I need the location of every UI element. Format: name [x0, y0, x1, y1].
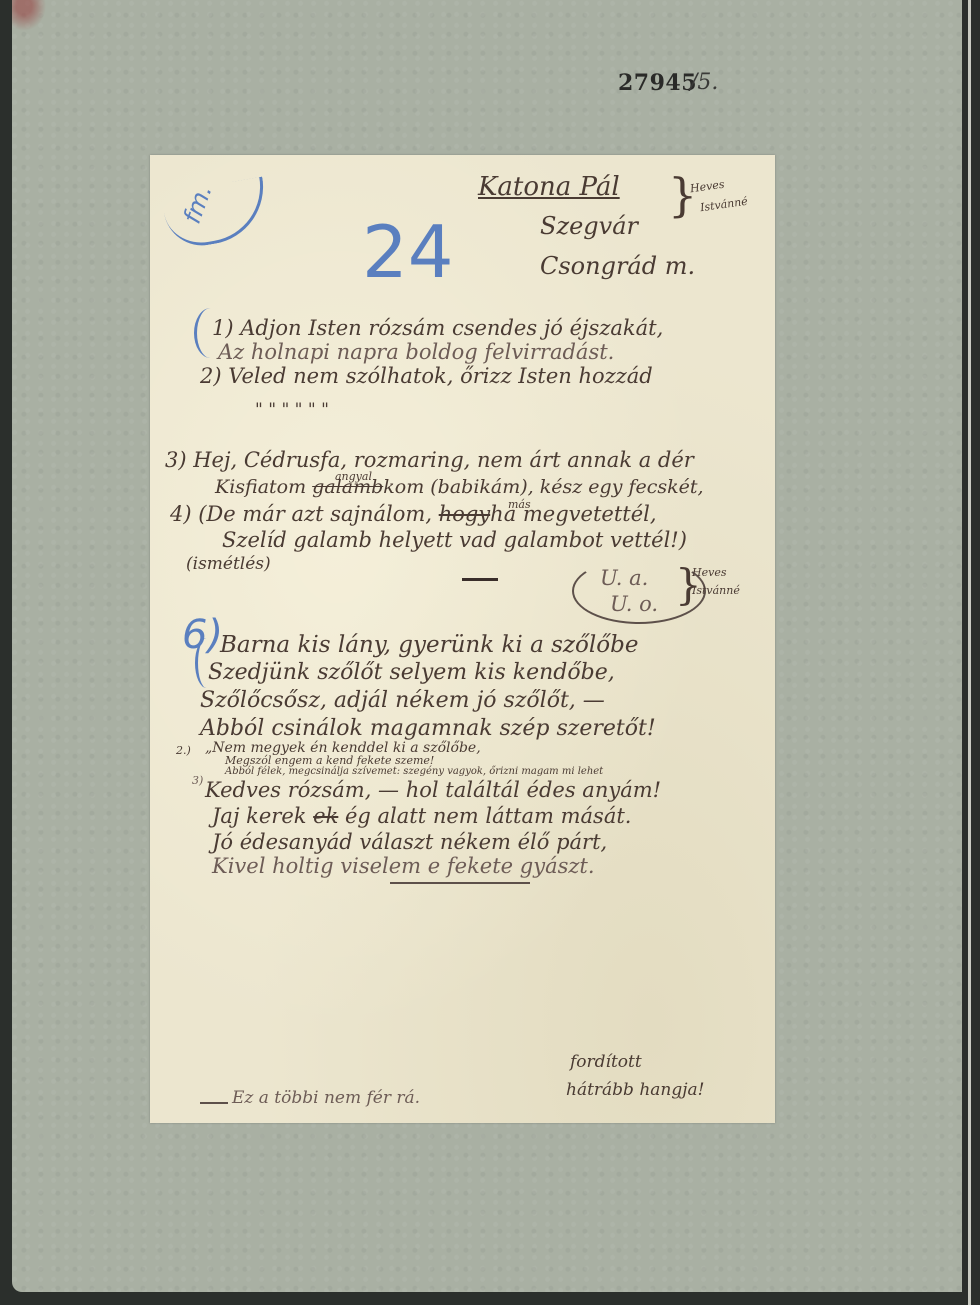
song1-line2: Az holnapi napra boldog felvirradást.	[218, 340, 614, 364]
song1-line3: 2) Veled nem szólhatok, őrizz Isten hozz…	[200, 364, 653, 388]
informant-name: Katona Pál	[478, 172, 620, 202]
song2-line6: Jaj kerek ek ég alatt nem láttam mását.	[212, 804, 631, 828]
repeat-note: (ismétlés)	[186, 554, 271, 574]
village: Szegvár	[540, 212, 638, 240]
song1-line5: Kisfiatom galambkom (babikám), kész egy …	[215, 476, 704, 498]
footer-left-note: Ez a többi nem fér rá.	[232, 1088, 420, 1108]
footer-right-note-2: hátrább hangja!	[566, 1080, 705, 1100]
note-marker-3: 3)	[192, 774, 203, 787]
song2-line5: Kedves rózsám, — hol találtál édes anyám…	[205, 778, 661, 802]
song1-line7: Szelíd galamb helyett vad galambot vetté…	[222, 528, 687, 552]
ditto-marks: " " " " " "	[255, 400, 329, 420]
song2-line3: Szőlőcsősz, adjál nékem jó szőlőt, —	[200, 688, 605, 713]
page-number: 24	[362, 210, 454, 294]
inventory-number: 27945	[618, 70, 697, 96]
arrow-icon	[200, 1102, 228, 1104]
section-divider	[462, 578, 498, 581]
note2-line-c: Abból félek, megcsinálja szívemet: szegé…	[225, 766, 603, 777]
board-edge	[962, 0, 980, 1305]
county: Csongrád m.	[540, 252, 695, 280]
song1-line6: 4) (De már azt sajnálom, hogyha megvetet…	[170, 502, 657, 526]
end-rule	[390, 882, 530, 884]
footer-right-note-1: fordított	[570, 1052, 642, 1072]
song1-line1: 1) Adjon Isten rózsám csendes jó éjszaká…	[212, 316, 663, 340]
song2-line1: Barna kis lány, gyerünk ki a szőlőbe	[220, 632, 638, 658]
ua-line2: U. o.	[610, 592, 658, 616]
song2-line2: Szedjünk szőlőt selyem kis kendőbe,	[208, 660, 615, 685]
song2-line4: Abból csinálok magamnak szép szeretőt!	[200, 716, 656, 741]
song2-line7: Jó édesanyád választ nékem élő párt,	[212, 830, 607, 854]
note-marker-2: 2.)	[176, 744, 191, 757]
red-stain	[12, 0, 72, 60]
song1-line4: 3) Hej, Cédrusfa, rozmaring, nem árt ann…	[165, 448, 694, 472]
ua-line1: U. a.	[600, 566, 648, 590]
ua-side2: Istvánné	[692, 584, 740, 597]
ua-side1: Heves	[692, 566, 726, 579]
song2-line8: Kivel holtig viselem e fekete gyászt.	[212, 854, 595, 878]
inventory-suffix: /5.	[690, 70, 718, 95]
